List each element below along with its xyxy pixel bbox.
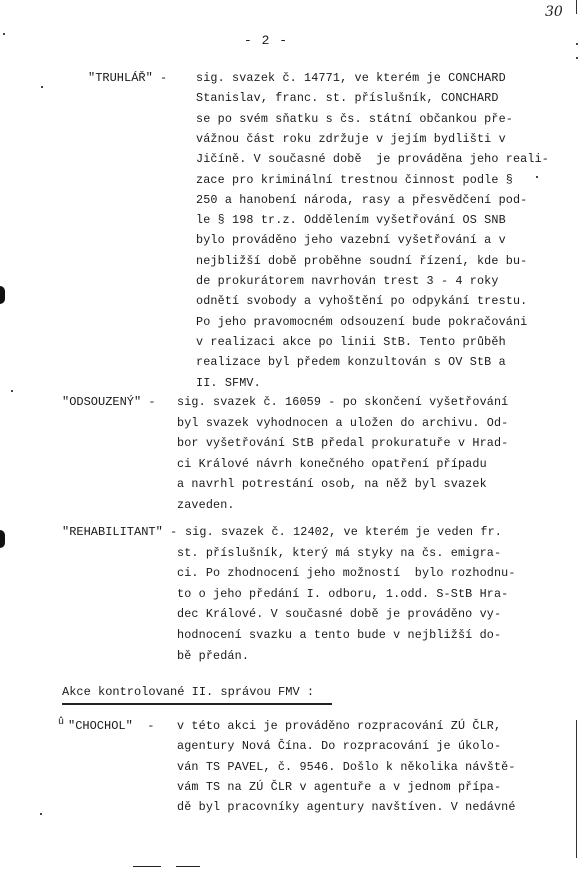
folio-number: 30 (545, 4, 563, 20)
scan-speck (536, 176, 538, 178)
entry-text-line: II. SFMV. (196, 377, 261, 389)
entry-text-line: st. příslušník, který má styky na čs. em… (177, 547, 501, 559)
entry-text-line: ci Králové návrh konečného opatření příp… (177, 458, 487, 470)
entry-text-line: se po svém sňatku s čs. státní občankou … (196, 113, 513, 125)
entry-text-line: to o jeho předání I. odboru, 1.odd. S-St… (177, 588, 508, 600)
entry-text-line: bor vyšetřování StB předal prokuratuře v… (177, 437, 508, 449)
entry-label: "REHABILITANT" - (62, 526, 177, 538)
document-page: 30 - 2 - "TRUHLÁŘ" -sig. svazek č. 14771… (0, 0, 588, 879)
entry-text-line: v realizaci akce po linii StB. Tento prů… (196, 336, 506, 348)
entry-text-line: ci. Po zhodnocení jeho možností bylo roz… (177, 567, 516, 579)
scan-speck (40, 813, 42, 815)
page-edge-line (576, 720, 577, 858)
entry-text-line: de prokurátorem navrhován trest 3 - 4 ro… (196, 275, 499, 287)
footer-rule (133, 866, 161, 867)
entry-text-line: sig. svazek č. 12402, ve kterém je veden… (185, 526, 502, 538)
entry-text-line: a navrhl potrestání osob, na něž byl sva… (177, 478, 487, 490)
entry-text-line: zaveden. (177, 499, 235, 511)
scan-speck (576, 57, 578, 59)
entry-label: "CHOCHOL" - (68, 720, 154, 732)
entry-text-line: v této akci je prováděno rozpracování ZÚ… (177, 720, 501, 732)
entry-text-line: byl svazek vyhodnocen a uložen do archiv… (177, 417, 508, 429)
footer-rule (176, 866, 200, 867)
punch-hole-mark (0, 530, 5, 548)
entry-text-line: 250 a hanobení národa, rasy a přesvědčen… (196, 194, 527, 206)
scan-speck (11, 390, 13, 392)
entry-text-line: dě byl pracovníky agentury navštíven. V … (177, 801, 516, 813)
punch-hole-mark (0, 286, 5, 304)
entry-text-line: Po jeho pravomocném odsouzení bude pokra… (196, 316, 527, 328)
entry-text-line: ván TS PAVEL, č. 9546. Došlo k několika … (177, 761, 516, 773)
entry-label: "ODSOUZENÝ" - (62, 396, 156, 408)
entry-text-line: hodnocení svazku a tento bude v nejbližš… (177, 629, 501, 641)
scan-speck (576, 43, 578, 45)
page-number: - 2 - (244, 33, 288, 48)
heading-underline (62, 703, 332, 705)
entry-text-line: Jičíně. V současné době je prováděna jeh… (196, 153, 549, 165)
entry-text-line: zace pro kriminální trestnou činnost pod… (196, 174, 513, 186)
entry-text-line: bylo prováděno jeho vazební vyšetřování … (196, 234, 506, 246)
page-edge-line (576, 0, 577, 14)
entry-text-line: vám TS na ZÚ ČLR v agentuře a v jednom p… (177, 781, 501, 793)
entry-text-line: le § 198 tr.z. Oddělením vyšetřování OS … (196, 214, 506, 226)
entry-text-line: realizace byl předem konzultován s OV St… (196, 356, 506, 368)
entry-text-line: agentury Nová Čína. Do rozpracování je ú… (177, 740, 501, 752)
entry-text-line: nejbližší době proběhne soudní řízení, k… (196, 255, 527, 267)
entry-text-line: sig. svazek č. 14771, ve kterém je CONCH… (196, 72, 506, 84)
section-heading: Akce kontrolované II. správou FMV : (62, 686, 314, 698)
entry-text-line: Stanislav, franc. st. příslušník, CONCHA… (196, 92, 499, 104)
entry-label: "TRUHLÁŘ" - (88, 72, 167, 84)
margin-marker: ů (58, 717, 64, 729)
entry-text-line: dec Králové. V současné době je prováděn… (177, 608, 501, 620)
entry-text-line: sig. svazek č. 16059 - po skončení vyšet… (177, 396, 508, 408)
scan-speck (41, 86, 43, 88)
entry-text-line: bě předán. (177, 650, 249, 662)
entry-text-line: vážnou část roku zdržuje v jejím bydlišt… (196, 133, 506, 145)
entry-text-line: odnětí svobody a vyhoštění po odpykání t… (196, 295, 527, 307)
scan-speck (3, 33, 5, 35)
